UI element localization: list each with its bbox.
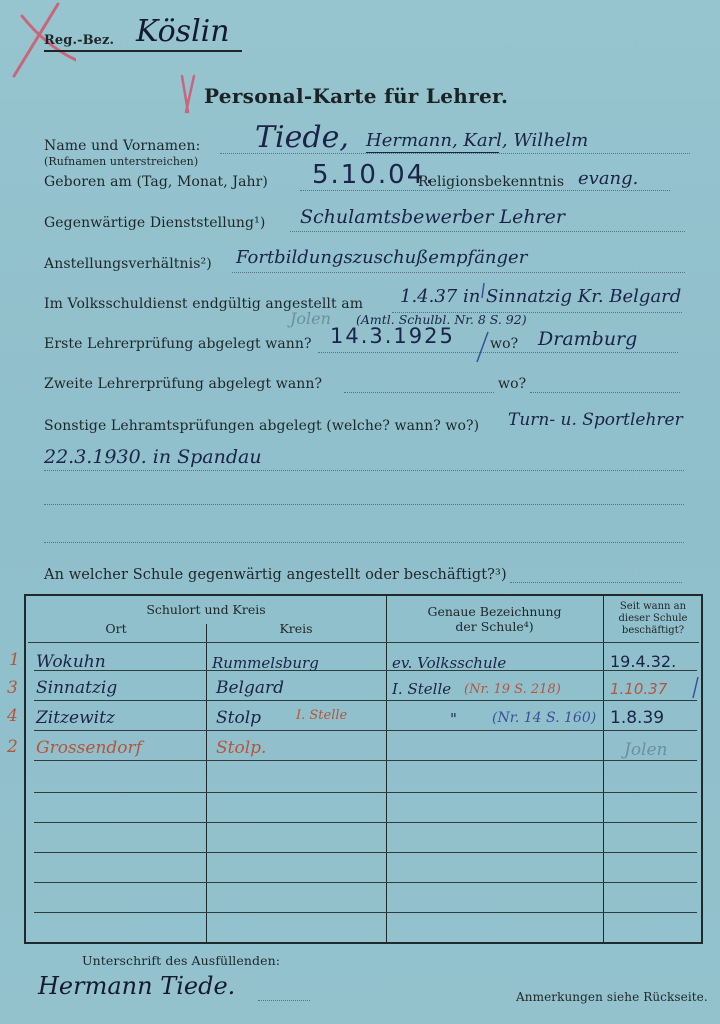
sonstige-label: Sonstige Lehramtsprüfungen abgelegt (wel… [44,418,479,434]
red-x-mark-icon [178,74,198,114]
volksschuldienst-grey-note: Jolen [290,309,331,328]
sonstige-value-1: Turn- u. Sportlehrer [508,410,683,430]
row1-bezeichnung: ev. Volksschule [392,654,506,672]
anstellung-label: Anstellungsverhältnis²) [44,256,212,272]
religion-label: Religionsbekenntnis [418,174,564,190]
row2-ort: Sinnatzig [36,678,117,698]
reg-bez-label: Reg.-Bez. [44,33,114,48]
reg-bez-underline [44,50,242,52]
school-history-table: Schulort und Kreis Ort Kreis Genaue Beze… [24,594,703,944]
name-surname-value: Tiede, [255,120,349,155]
header-bezeichnung-1: Genaue Bezeichnung [386,605,603,619]
erste-pruefung-wo-label: wo? [490,336,518,352]
dienststellung-value: Schulamtsbewerber Lehrer [300,206,565,228]
row3-kreis-note: I. Stelle [296,708,347,723]
row4-kreis: Stolp. [216,738,266,758]
header-seit-1: Seit wann an [603,601,703,613]
header-seit-2: dieser Schule [603,613,703,625]
geboren-label: Geboren am (Tag, Monat, Jahr) [44,174,268,190]
header-schulort-kreis: Schulort und Kreis [26,603,386,617]
reg-bez-value: Köslin [136,14,230,49]
check-mark-icon [474,330,490,364]
schule-label: An welcher Schule gegenwärtig angestellt… [44,567,507,583]
margin-number: 1 [9,650,20,670]
row4-ort: Grossendorf [36,738,142,758]
row2-seit: 1.10.37 [610,680,667,698]
row2-kreis: Belgard [216,678,284,698]
margin-number: 3 [7,678,18,698]
check-mark-icon [690,676,700,700]
header-seit-3: beschäftigt? [603,625,703,637]
name-label: Name und Vornamen: [44,138,200,154]
erste-pruefung-wo-value: Dramburg [538,328,637,350]
zweite-pruefung-wo-label: wo? [498,376,526,392]
sonstige-value-2: 22.3.1930. in Spandau [44,446,262,468]
row3-bezeichnung: " [450,710,457,728]
row3-ort: Zitzewitz [36,708,115,728]
anstellung-value: Fortbildungszuschußempfänger [236,247,527,268]
signature-label: Unterschrift des Ausfüllenden: [82,953,280,968]
row2-bezeichnung-note: (Nr. 19 S. 218) [464,682,561,697]
signature-value: Hermann Tiede. [38,972,235,1000]
check-mark-icon [478,282,488,302]
row1-seit: 19.4.32. [610,652,676,671]
erste-pruefung-date: 14.3.1925 [330,324,455,348]
margin-number: 4 [7,706,18,726]
religion-value: evang. [578,168,638,189]
name-firstnames-value: Hermann, Karl, Wilhelm [366,130,588,151]
row3-bezeichnung-note: (Nr. 14 S. 160) [492,710,596,726]
header-ort: Ort [26,622,206,636]
rufname-underline [366,152,499,153]
row2-bezeichnung: I. Stelle [392,680,451,698]
name-sublabel: (Rufnamen unterstreichen) [44,155,198,168]
margin-number: 2 [7,737,18,757]
personnel-card: Reg.-Bez. Köslin Personal-Karte für Lehr… [0,0,720,1024]
header-bezeichnung-2: der Schule⁴) [386,620,603,634]
dienststellung-label: Gegenwärtige Dienststellung¹) [44,215,265,231]
row1-ort: Wokuhn [36,652,106,672]
zweite-pruefung-label: Zweite Lehrerprüfung abgelegt wann? [44,376,322,392]
header-kreis: Kreis [206,622,386,636]
page-title: Personal-Karte für Lehrer. [204,84,508,108]
geboren-value: 5.10.04. [312,160,436,190]
erste-pruefung-label: Erste Lehrerprüfung abgelegt wann? [44,336,312,352]
row1-kreis: Rummelsburg [212,654,319,672]
volksschuldienst-value: 1.4.37 in Sinnatzig Kr. Belgard [400,286,681,307]
row4-seit: Jolen [624,740,668,760]
row3-seit: 1.8.39 [610,708,664,728]
footer-note: Anmerkungen siehe Rückseite. [516,990,708,1004]
row3-kreis: Stolp [216,708,261,728]
